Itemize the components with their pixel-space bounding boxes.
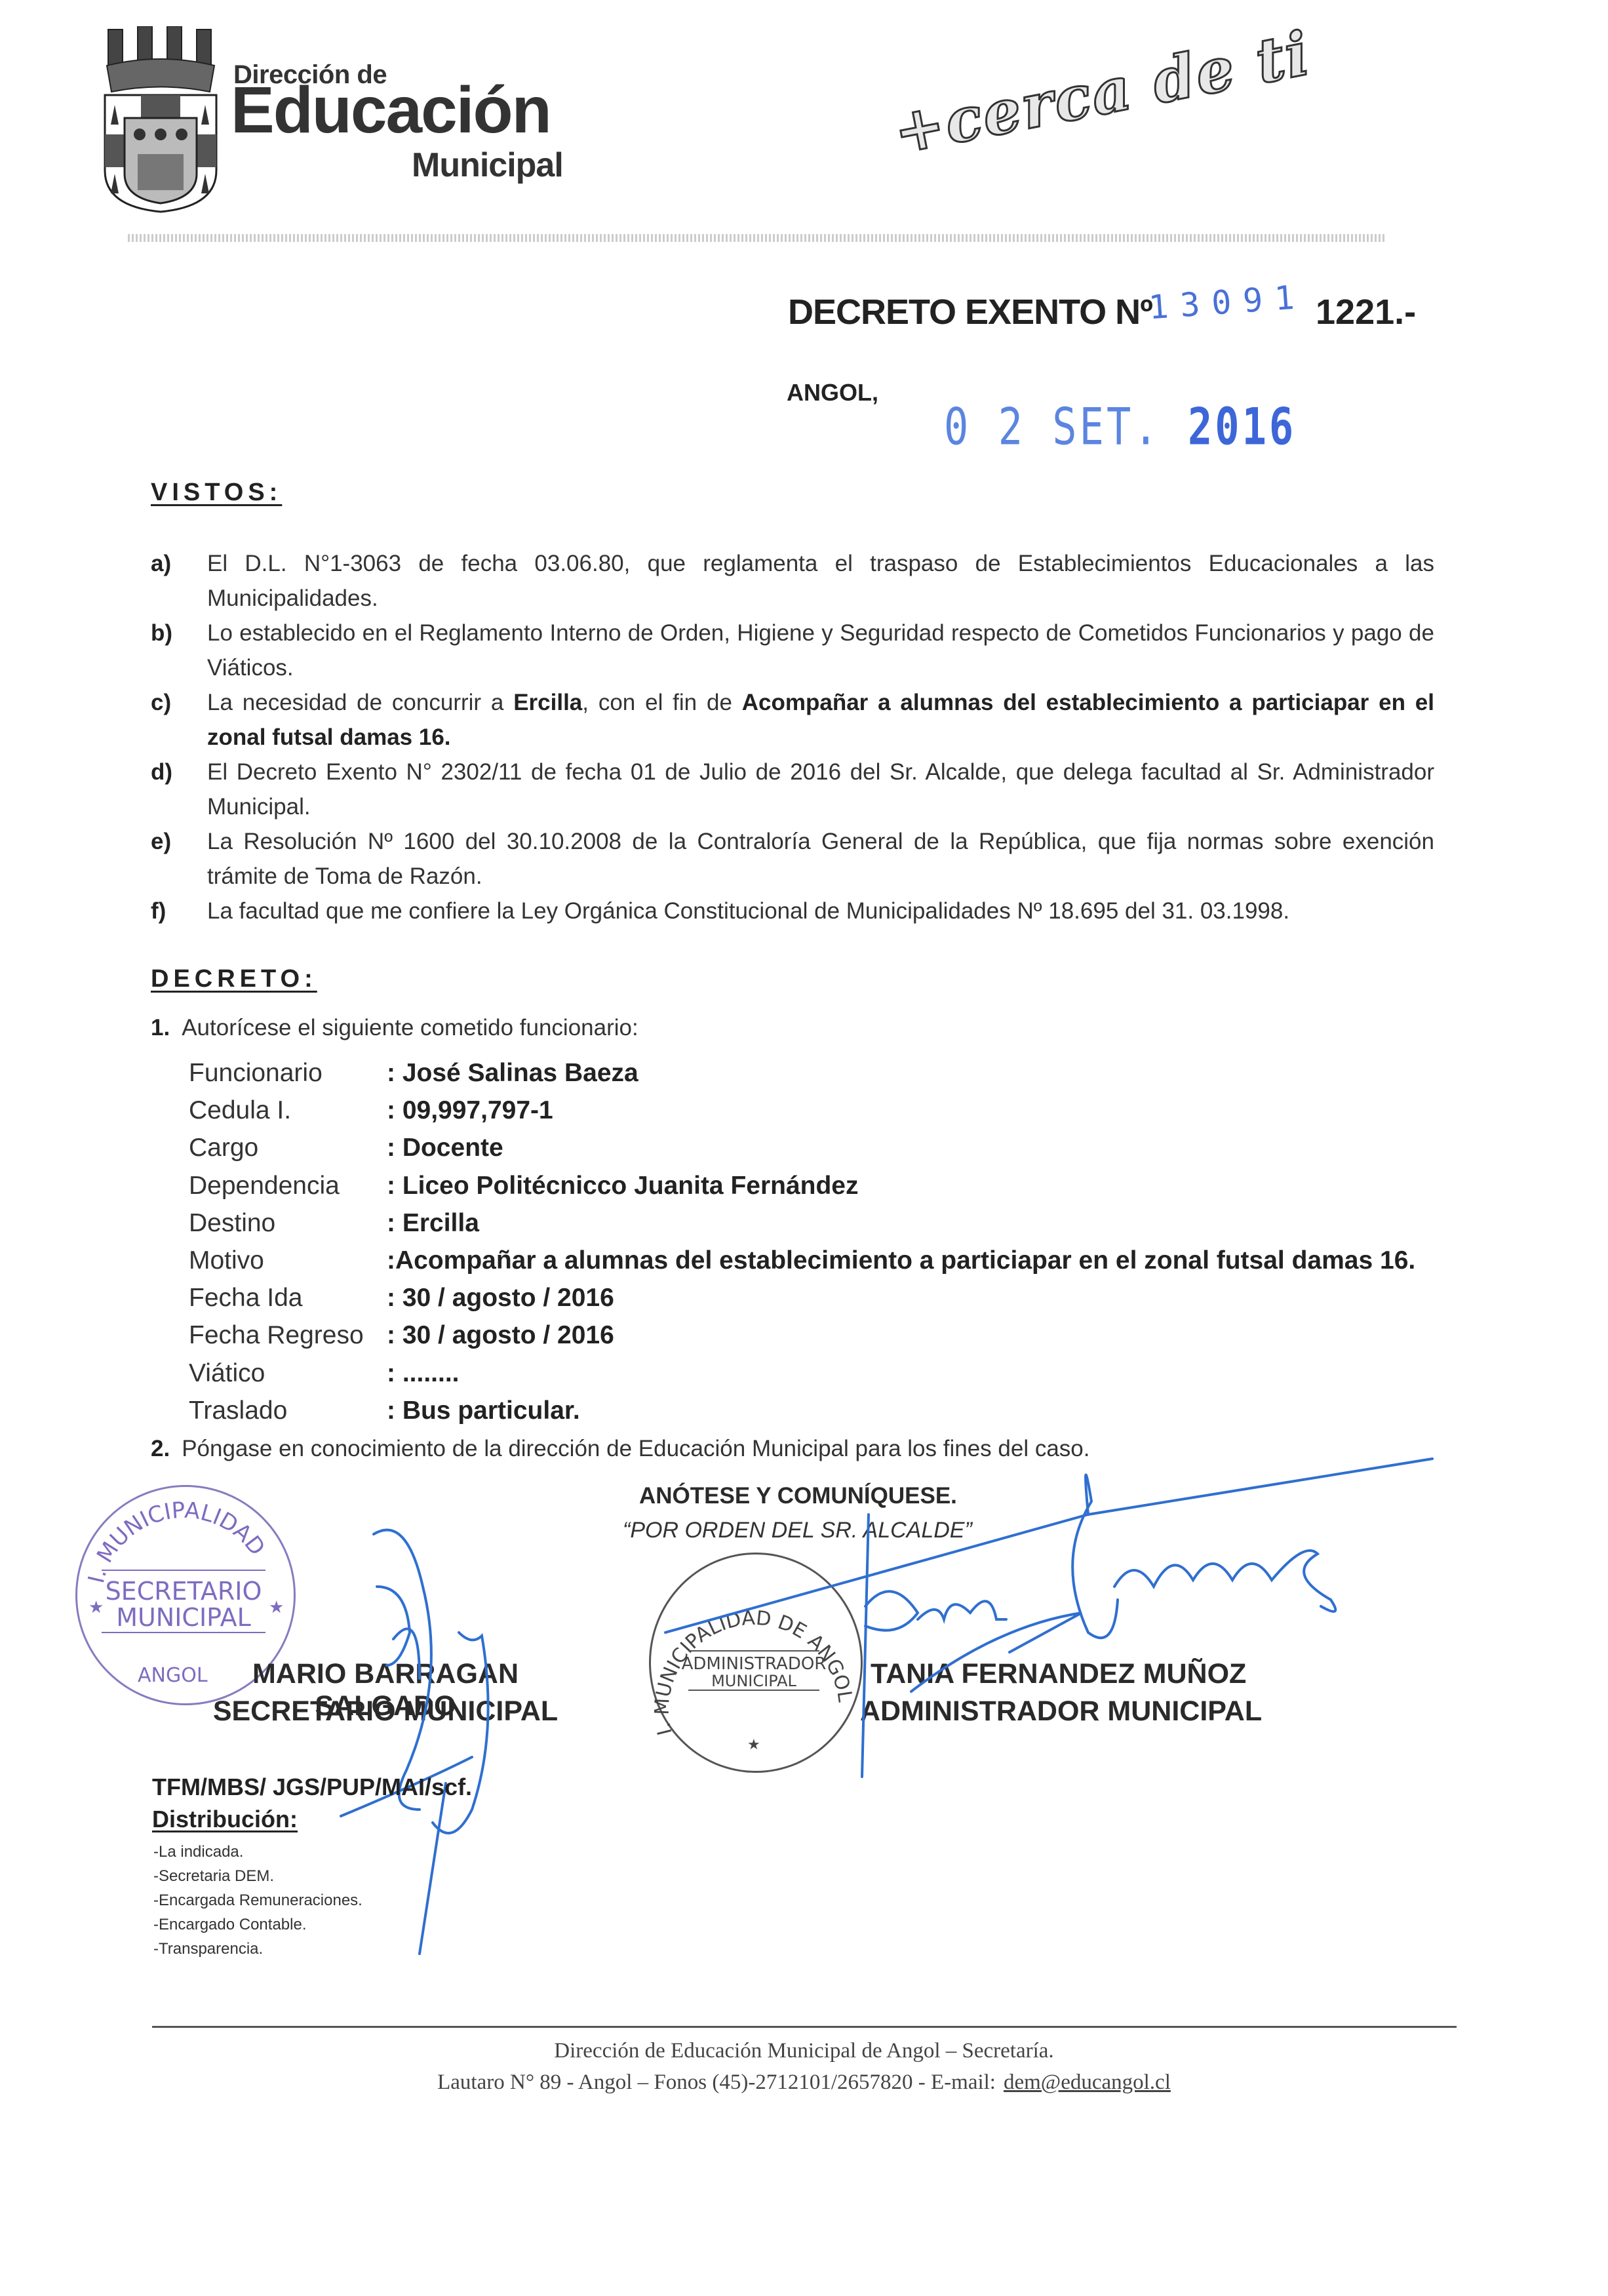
field-label: Destino (189, 1209, 387, 1238)
footer-divider (152, 2026, 1457, 2028)
stamped-decree-number: 13091 (1147, 278, 1307, 327)
city: ANGOL, (787, 379, 878, 406)
brand-line-2: Educación (231, 77, 551, 143)
svg-text:★: ★ (269, 1597, 284, 1617)
visto-label: a) (151, 546, 171, 581)
decreto-item-1: 1.Autorícese el siguiente cometido funci… (151, 1015, 638, 1041)
field-value: : José Salinas Baeza (387, 1059, 638, 1087)
item-number: 2. (151, 1436, 170, 1461)
visto-item: d) El Decreto Exento N° 2302/11 de fecha… (151, 755, 1434, 824)
stamp-line-2: MUNICIPAL (116, 1603, 251, 1632)
visto-text: El Decreto Exento N° 2302/11 de fecha 01… (207, 755, 1434, 824)
footer-line-2: Lautaro N° 89 - Angol – Fonos (45)-27121… (0, 2070, 1608, 2095)
field-label: Dependencia (189, 1172, 387, 1200)
svg-text:I. MUNICIPALIDAD: I. MUNICIPALIDAD (83, 1497, 270, 1586)
commission-field: Destino: Ercilla (189, 1209, 479, 1246)
destination-bold: Ercilla (513, 690, 582, 715)
visto-item: f) La facultad que me confiere la Ley Or… (151, 894, 1434, 928)
administrator-name: TANIA FERNANDEZ MUÑOZ (871, 1658, 1246, 1690)
field-value: : Docente (387, 1134, 503, 1162)
visto-text: La Resolución Nº 1600 del 30.10.2008 de … (207, 824, 1434, 894)
field-label: Viático (189, 1359, 387, 1388)
visto-text-part: , con el fin de (582, 690, 741, 715)
visto-item: c) La necesidad de concurrir a Ercilla, … (151, 685, 1434, 755)
stamp-line-2: MUNICIPAL (711, 1672, 796, 1690)
stamp-ring-text: I. MUNICIPALIDAD (83, 1497, 270, 1586)
field-value: : Bus particular. (387, 1396, 580, 1425)
commission-field: Traslado: Bus particular. (189, 1396, 580, 1434)
field-label: Fecha Ida (189, 1284, 387, 1313)
field-value: : 30 / agosto / 2016 (387, 1284, 614, 1312)
administrator-title: ADMINISTRADOR MUNICIPAL (860, 1695, 1262, 1728)
slogan: +cerca de ti (888, 18, 1316, 168)
vistos-heading: VISTOS: (151, 479, 282, 507)
brand-line-3: Municipal (412, 146, 563, 185)
footer-email-link[interactable]: dem@educangol.cl (1004, 2070, 1171, 2094)
distribution-list: -La indicada. -Secretaria DEM. -Encargad… (153, 1840, 363, 1961)
decree-title: DECRETO EXENTO Nº (788, 292, 1152, 332)
reference-initials: TFM/MBS/ JGS/PUP/MAI/scf. (152, 1773, 472, 1801)
field-label: Cargo (189, 1134, 387, 1162)
closing-anotese: ANÓTESE Y COMUNÍQUESE. (639, 1483, 957, 1509)
commission-field: Cedula I.: 09,997,797-1 (189, 1096, 553, 1134)
commission-field: Fecha Regreso: 30 / agosto / 2016 (189, 1321, 614, 1358)
field-value: : 09,997,797-1 (387, 1096, 553, 1124)
stamp-line-1: SECRETARIO (106, 1577, 262, 1606)
field-label: Cedula I. (189, 1096, 387, 1125)
commission-field: Cargo: Docente (189, 1134, 503, 1171)
field-value: : Liceo Politécnicco Juanita Fernández (387, 1172, 859, 1200)
date-stamp-day-month: 0 2 SET. (944, 397, 1161, 456)
field-label: Funcionario (189, 1059, 387, 1088)
decree-number: 1221.- (1316, 292, 1416, 332)
field-label: Motivo (189, 1246, 387, 1275)
item-number: 1. (151, 1015, 170, 1040)
visto-text: Lo establecido en el Reglamento Interno … (207, 616, 1434, 685)
commission-field: Viático: ........ (189, 1359, 460, 1396)
visto-item: a) El D.L. N°1-3063 de fecha 03.06.80, q… (151, 546, 1434, 616)
visto-item: b) Lo establecido en el Reglamento Inter… (151, 616, 1434, 685)
date-stamp: 0 2 SET. 2016 (944, 397, 1296, 456)
field-label: Traslado (189, 1396, 387, 1425)
svg-text:★: ★ (88, 1597, 104, 1617)
visto-text: El D.L. N°1-3063 de fecha 03.06.80, que … (207, 546, 1434, 616)
distribution-item: -Encargada Remuneraciones. (153, 1888, 363, 1912)
field-value: : Ercilla (387, 1209, 479, 1237)
field-value: : 30 / agosto / 2016 (387, 1321, 614, 1349)
item-text: Póngase en conocimiento de la dirección … (182, 1436, 1089, 1461)
commission-field: Motivo:Acompañar a alumnas del estableci… (189, 1246, 1415, 1284)
svg-text:★: ★ (747, 1736, 760, 1752)
visto-label: e) (151, 824, 171, 859)
visto-label: c) (151, 685, 171, 720)
visto-item: e) La Resolución Nº 1600 del 30.10.2008 … (151, 824, 1434, 894)
header-divider (128, 234, 1386, 242)
closing-por-orden: “POR ORDEN DEL SR. ALCALDE” (623, 1518, 972, 1543)
field-value: :Acompañar a alumnas del establecimiento… (387, 1246, 1415, 1275)
distribution-item: -Transparencia. (153, 1937, 363, 1961)
administrator-stamp: I. MUNICIPALIDAD DE ANGOL ADMINISTRADOR … (649, 1553, 863, 1773)
municipal-coat-of-arms-icon (102, 26, 220, 213)
commission-field: Fecha Ida: 30 / agosto / 2016 (189, 1284, 614, 1321)
field-label: Fecha Regreso (189, 1321, 387, 1350)
footer-address: Lautaro N° 89 - Angol – Fonos (45)-27121… (437, 2070, 996, 2094)
decreto-item-2: 2.Póngase en conocimiento de la direcció… (151, 1436, 1090, 1462)
stamp-line-1: ADMINISTRADOR (682, 1654, 827, 1674)
commission-field: Dependencia: Liceo Politécnicco Juanita … (189, 1172, 859, 1209)
visto-label: b) (151, 616, 172, 650)
distribution-item: -Secretaria DEM. (153, 1864, 363, 1888)
visto-text: La facultad que me confiere la Ley Orgán… (207, 894, 1434, 928)
visto-label: f) (151, 894, 166, 928)
field-value: : ........ (387, 1359, 460, 1387)
commission-field: Funcionario: José Salinas Baeza (189, 1059, 638, 1096)
visto-label: d) (151, 755, 172, 789)
footer-line-1: Dirección de Educación Municipal de Ango… (0, 2039, 1608, 2063)
item-text: Autorícese el siguiente cometido funcion… (182, 1015, 638, 1040)
distribution-item: -La indicada. (153, 1840, 363, 1864)
date-stamp-year: 2016 (1188, 397, 1296, 456)
distribution-heading: Distribución: (152, 1806, 298, 1833)
secretary-title: SECRETARIO MUNICIPAL (182, 1695, 589, 1728)
decreto-heading: DECRETO: (151, 965, 317, 993)
visto-text-part: La necesidad de concurrir a (207, 690, 513, 715)
visto-text: La necesidad de concurrir a Ercilla, con… (207, 685, 1434, 755)
distribution-item: -Encargado Contable. (153, 1912, 363, 1937)
